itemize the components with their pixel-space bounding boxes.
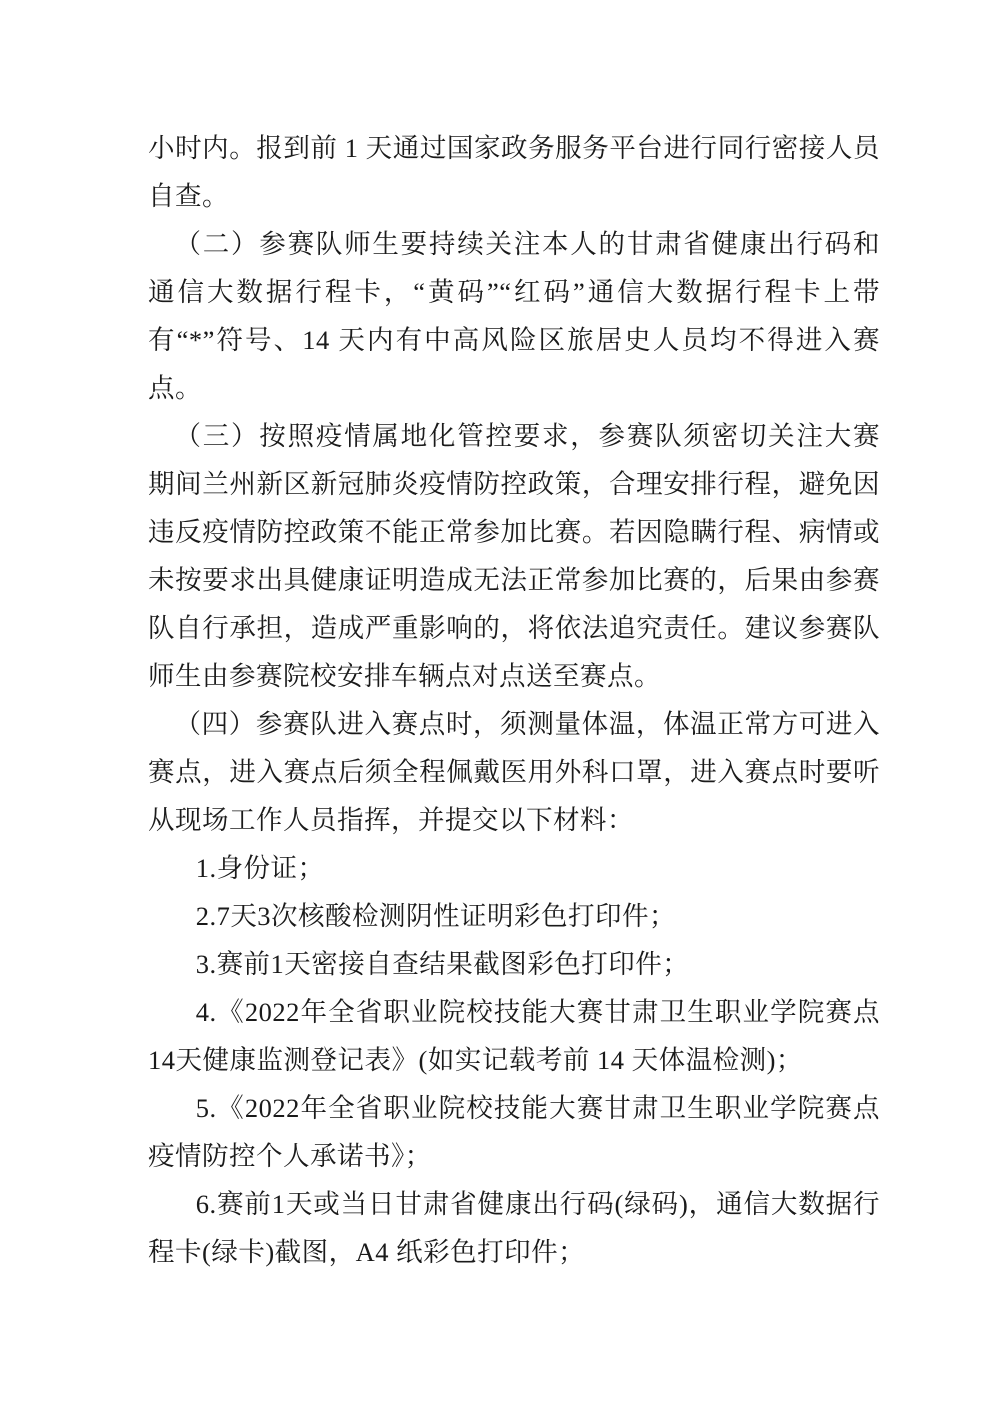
text-line: 4.《2022年全省职业院校技能大赛甘肃卫生职业学院赛点 [148,988,880,1036]
text-line: 未按要求出具健康证明造成无法正常参加比赛的，后果由参赛 [148,556,880,604]
text-line: 1.身份证； [148,844,880,892]
text-line: 队自行承担，造成严重影响的，将依法追究责任。建议参赛队 [148,604,880,652]
text-line: 3.赛前1天密接自查结果截图彩色打印件； [148,940,880,988]
text-line: 14天健康监测登记表》(如实记载考前 14 天体温检测)； [148,1036,880,1084]
list-item-1: 1.身份证； [148,844,880,892]
list-item-4: 4.《2022年全省职业院校技能大赛甘肃卫生职业学院赛点 14天健康监测登记表》… [148,988,880,1084]
text-line: 违反疫情防控政策不能正常参加比赛。若因隐瞒行程、病情或 [148,508,880,556]
document-page: 小时内。报到前 1 天通过国家政务服务平台进行同行密接人员 自查。 （二）参赛队… [0,0,1000,1414]
text-line: 自查。 [148,172,880,220]
text-line: 有“*”符号、14 天内有中高风险区旅居史人员均不得进入赛 [148,316,880,364]
text-line: 程卡(绿卡)截图，A4 纸彩色打印件； [148,1228,880,1276]
list-item-2: 2.7天3次核酸检测阴性证明彩色打印件； [148,892,880,940]
text-line: （三）按照疫情属地化管控要求，参赛队须密切关注大赛 [148,412,880,460]
text-line: 点。 [148,364,880,412]
text-line: 2.7天3次核酸检测阴性证明彩色打印件； [148,892,880,940]
text-line: 6.赛前1天或当日甘肃省健康出行码(绿码)，通信大数据行 [148,1180,880,1228]
text-line: 期间兰州新区新冠肺炎疫情防控政策，合理安排行程，避免因 [148,460,880,508]
para-continuation: 小时内。报到前 1 天通过国家政务服务平台进行同行密接人员 自查。 [148,124,880,220]
text-line: 从现场工作人员指挥，并提交以下材料： [148,796,880,844]
text-line: （二）参赛队师生要持续关注本人的甘肃省健康出行码和 [148,220,880,268]
text-line: 5.《2022年全省职业院校技能大赛甘肃卫生职业学院赛点 [148,1084,880,1132]
text-line: 赛点，进入赛点后须全程佩戴医用外科口罩，进入赛点时要听 [148,748,880,796]
para-item-two: （二）参赛队师生要持续关注本人的甘肃省健康出行码和 通信大数据行程卡，“黄码”“… [148,220,880,412]
para-item-three: （三）按照疫情属地化管控要求，参赛队须密切关注大赛 期间兰州新区新冠肺炎疫情防控… [148,412,880,700]
text-line: 通信大数据行程卡，“黄码”“红码”通信大数据行程卡上带 [148,268,880,316]
text-line: （四）参赛队进入赛点时，须测量体温，体温正常方可进入 [148,700,880,748]
para-item-four: （四）参赛队进入赛点时，须测量体温，体温正常方可进入 赛点，进入赛点后须全程佩戴… [148,700,880,844]
list-item-6: 6.赛前1天或当日甘肃省健康出行码(绿码)，通信大数据行 程卡(绿卡)截图，A4… [148,1180,880,1276]
text-line: 师生由参赛院校安排车辆点对点送至赛点。 [148,652,880,700]
text-line: 小时内。报到前 1 天通过国家政务服务平台进行同行密接人员 [148,124,880,172]
text-line: 疫情防控个人承诺书》； [148,1132,880,1180]
list-item-3: 3.赛前1天密接自查结果截图彩色打印件； [148,940,880,988]
list-item-5: 5.《2022年全省职业院校技能大赛甘肃卫生职业学院赛点 疫情防控个人承诺书》； [148,1084,880,1180]
text-column: 小时内。报到前 1 天通过国家政务服务平台进行同行密接人员 自查。 （二）参赛队… [148,124,880,1276]
